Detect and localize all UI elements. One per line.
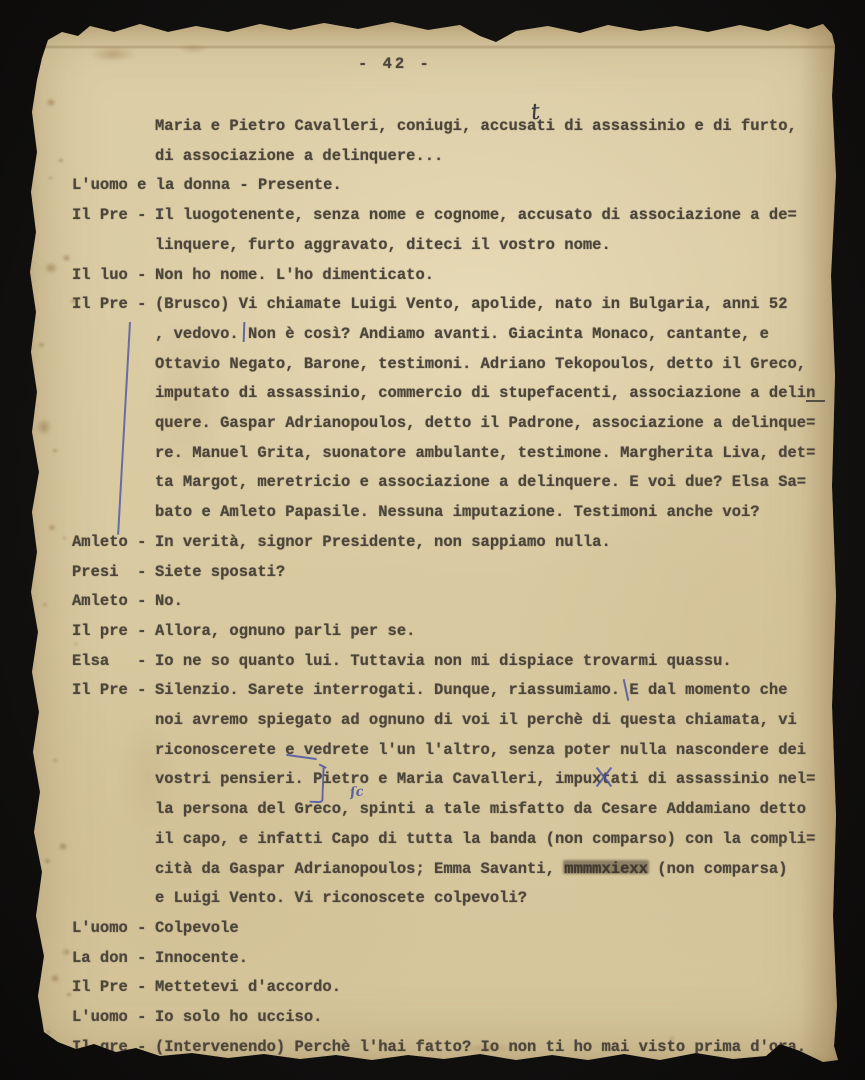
typescript-line: riconoscerete e vedrete l'un l'altro, se… (72, 742, 806, 759)
line-text: L'uomo e la donna - Presente. (72, 176, 342, 194)
paper-stain (58, 158, 64, 163)
line-text: Siete sposati? (155, 563, 285, 581)
typescript-line: Il Pre -Mettetevi d'accordo. (72, 979, 341, 996)
paper-stain (668, 1036, 676, 1041)
line-text: la persona del Greco, spinti a tale misf… (155, 800, 806, 818)
paper-stain (458, 1044, 518, 1052)
paper-stain (38, 1018, 43, 1022)
line-text: , vedovo. Non è così? Andiamo avanti. Gi… (155, 325, 769, 343)
paper-stain (90, 46, 136, 62)
paper-stain (36, 418, 52, 436)
line-text: Mettetevi d'accordo. (155, 978, 341, 996)
line-text: e Luigi Vento. Vi riconoscete colpevoli? (155, 889, 527, 907)
typescript-line: La don -Innocente. (72, 950, 248, 967)
typescript-line: Amleto -No. (72, 593, 183, 610)
paper-stain (62, 536, 67, 540)
paper-stain (66, 992, 72, 997)
paper-stain (178, 44, 208, 54)
typescript-line: Il luo -Non ho nome. L'ho dimenticato. (72, 267, 434, 284)
line-text: bato e Amleto Papasile. Nessuna imputazi… (155, 503, 760, 521)
speaker-label: L'uomo - (72, 920, 155, 937)
speaker-label: Il gre - (72, 1039, 155, 1056)
typescript-line: Maria e Pietro Cavalleri, coniugi, accus… (72, 118, 797, 135)
typescript-line: noi avremo spiegato ad ognuno di voi il … (72, 712, 797, 729)
typescript-line: linquere, furto aggravato, diteci il vos… (72, 237, 611, 254)
line-text: Colpevole (155, 919, 239, 937)
line-text: Innocente. (155, 949, 248, 967)
typescript-line: e Luigi Vento. Vi riconoscete colpevoli? (72, 890, 527, 907)
speaker-label: L'uomo - (72, 1009, 155, 1026)
line-text: vostri pensieri. Pietro e Maria Cavaller… (155, 770, 815, 788)
typescript-line: di associazione a delinquere... (72, 148, 443, 165)
paper-stain (48, 524, 56, 531)
typescript-line: L'uomo e la donna - Presente. (72, 177, 342, 194)
speaker-label: La don - (72, 950, 155, 967)
paper-stain (42, 602, 48, 607)
paper-stain (52, 448, 58, 453)
typescript-line: Elsa -Io ne so quanto lui. Tuttavia non … (72, 653, 732, 670)
paper-stain (46, 1030, 51, 1034)
line-text: Io solo ho ucciso. (155, 1008, 322, 1026)
line-text: linquere, furto aggravato, diteci il vos… (155, 236, 611, 254)
line-text: Maria e Pietro Cavalleri, coniugi, accus… (155, 117, 797, 135)
typescript-line: Presi -Siete sposati? (72, 564, 285, 581)
line-text: Allora, ognuno parli per se. (155, 622, 415, 640)
speaker-label: Il Pre - (72, 979, 155, 996)
paper-stain (50, 974, 60, 983)
speaker-label: Il Pre - (72, 682, 155, 699)
paper-stain (62, 948, 71, 956)
line-text: quere. Gaspar Adrianopoulos, detto il Pa… (155, 414, 815, 432)
paper-stain (44, 262, 58, 274)
typescript-line: Il Pre -Il luogotenente, senza nome e co… (72, 207, 797, 224)
line-text: noi avremo spiegato ad ognuno di voi il … (155, 711, 797, 729)
typescript-line: la persona del Greco, spinti a tale misf… (72, 801, 806, 818)
speaker-label: Elsa - (72, 653, 155, 670)
paper-stain (118, 716, 178, 836)
line-text: Silenzio. Sarete interrogati. Dunque, ri… (155, 681, 788, 699)
paper-stain (148, 316, 228, 476)
line-text: In verità, signor Presidente, non sappia… (155, 533, 611, 551)
typescript-line: Il Pre -(Brusco) Vi chiamate Luigi Vento… (72, 296, 788, 313)
paper-stain (62, 254, 71, 262)
line-text: imputato di assassinio, commercio di stu… (155, 384, 815, 402)
speaker-label: Il Pre - (72, 207, 155, 224)
paper-stain (52, 758, 58, 763)
typescript-line: Il gre -(Intervenendo) Perchè l'hai fatt… (72, 1039, 806, 1056)
speaker-label: Presi - (72, 564, 155, 581)
scan-background: { "page": { "number_label": "- 42 -" }, … (0, 0, 865, 1080)
paper-stain (44, 858, 51, 864)
typescript-line: vostri pensieri. Pietro e Maria Cavaller… (72, 771, 815, 788)
document-page: - 42 - Maria e Pietro Cavalleri, coniugi… (28, 16, 840, 1064)
speaker-label: Amleto - (72, 534, 155, 551)
speaker-label: Amleto - (72, 593, 155, 610)
typescript-line: Il pre -Allora, ognuno parli per se. (72, 623, 415, 640)
speaker-label: Il pre - (72, 623, 155, 640)
line-text: re. Manuel Grita, suonatore ambulante, t… (155, 444, 815, 462)
line-text: il capo, e infatti Capo di tutta la band… (155, 830, 815, 848)
typescript-line: il capo, e infatti Capo di tutta la band… (72, 831, 815, 848)
line-text: Non ho nome. L'ho dimenticato. (155, 266, 434, 284)
line-text: di associazione a delinquere... (155, 147, 443, 165)
line-text: riconoscerete e vedrete l'un l'altro, se… (155, 741, 806, 759)
line-text: Il luogotenente, senza nome e cognome, a… (155, 206, 797, 224)
paper-stain (70, 298, 77, 304)
line-text: Io ne so quanto lui. Tuttavia non mi dis… (155, 652, 732, 670)
typescript-line: bato e Amleto Papasile. Nessuna imputazi… (72, 504, 760, 521)
paper-stain (74, 642, 78, 646)
line-text: Ottavio Negato, Barone, testimoni. Adria… (155, 355, 806, 373)
line-text: No. (155, 592, 183, 610)
typescript-line: Amleto -In verità, signor Presidente, no… (72, 534, 611, 551)
line-text: ta Margot, meretricio e associazione a d… (155, 473, 806, 491)
typescript-line: L'uomo -Io solo ho ucciso. (72, 1009, 322, 1026)
typescript-line: L'uomo -Colpevole (72, 920, 239, 937)
paper-stain (46, 98, 56, 107)
line-text: (Brusco) Vi chiamate Luigi Vento, apolid… (155, 295, 788, 313)
typescript-line: ta Margot, meretricio e associazione a d… (72, 474, 806, 491)
speaker-label: Il luo - (72, 267, 155, 284)
paper-stain (58, 842, 68, 851)
line-text: cità da Gaspar Adrianopoulos; Emma Savan… (155, 860, 788, 878)
typescript-line: Il Pre -Silenzio. Sarete interrogati. Du… (72, 682, 788, 699)
speaker-label: Il Pre - (72, 296, 155, 313)
typescript-line: cità da Gaspar Adrianopoulos; Emma Savan… (72, 861, 788, 878)
paper-stain (38, 342, 45, 348)
typescript-lines: Maria e Pietro Cavalleri, coniugi, accus… (28, 16, 840, 1064)
paper-stain (48, 176, 53, 180)
